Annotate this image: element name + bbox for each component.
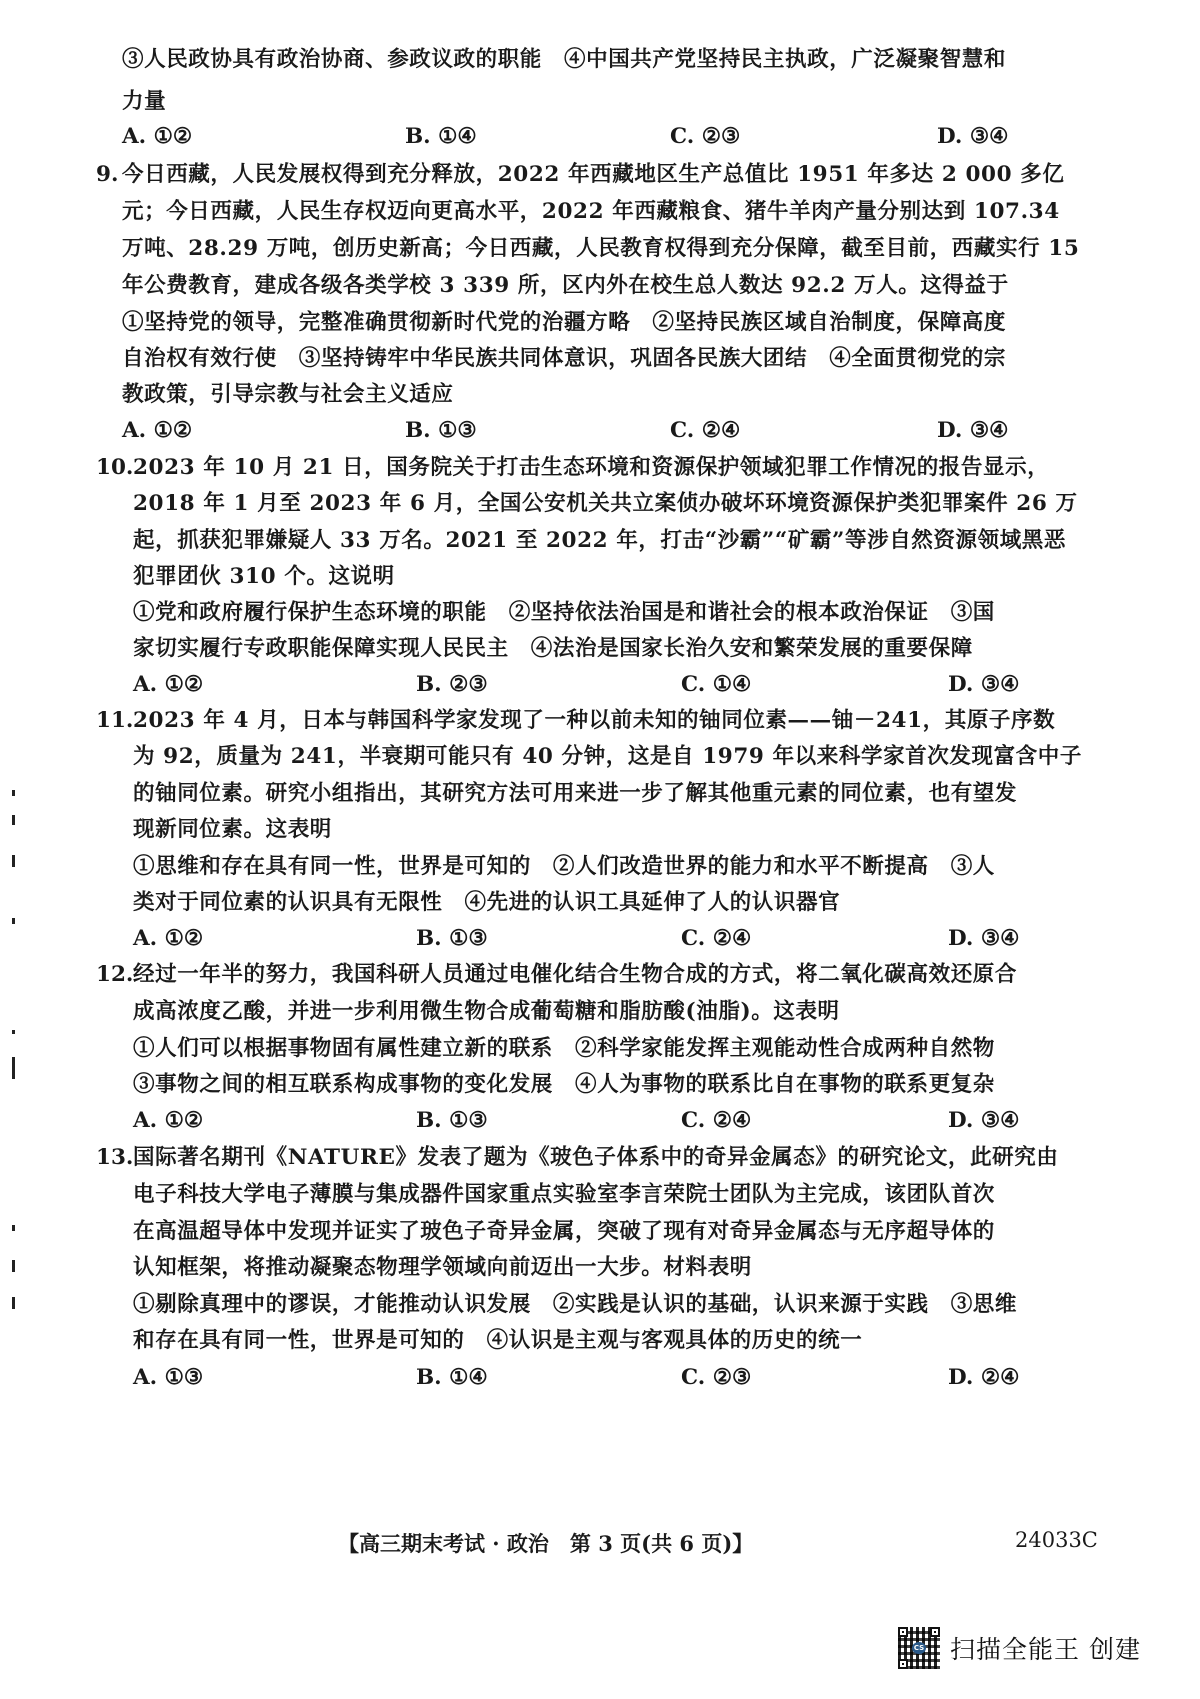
scan-artifact [12,918,15,924]
q9-text-line: 万吨、28.29 万吨，创历史新高；今日西藏，人民教育权得到充分保障，截至目前，… [122,234,1070,264]
q12-option-c: C. ②④ [681,1106,751,1136]
watermark-text: 扫描全能王 创建 [950,1630,1141,1666]
q11-text-line: 为 92，质量为 241，半衰期可能只有 40 分钟，这是自 1979 年以来科… [133,742,1081,772]
q9-option-c: C. ②④ [670,416,740,446]
q9-choice-line: 教政策，引导宗教与社会主义适应 [122,380,1070,410]
q10-option-c: C. ①④ [681,670,751,700]
scan-artifact [12,1297,15,1309]
q12-options: A. ①② B. ①③ C. ②④ D. ③④ [133,1106,1033,1136]
q13-option-a: A. ①③ [133,1363,203,1393]
q12-option-a: A. ①② [133,1106,203,1136]
q13-text-line: 认知框架，将推动凝聚态物理学领域向前迈出一大步。材料表明 [133,1253,1081,1283]
q10-option-b: B. ②③ [416,670,488,700]
q10-text-line: 2018 年 1 月至 2023 年 6 月，全国公安机关共立案侦办破坏环境资源… [133,489,1081,519]
q11-number: 11. [96,706,133,736]
q11-option-d: D. ③④ [948,924,1019,954]
q12-choice-line: ③事物之间的相互联系构成事物的变化发展 ④人为事物的联系比自在事物的联系更复杂 [133,1070,1081,1100]
scan-artifact [12,1057,15,1079]
q9-choice-line: 自治权有效行使 ③坚持铸牢中华民族共同体意识，巩固各民族大团结 ④全面贯彻党的宗 [122,344,1070,374]
q8-options: A. ①② B. ①④ C. ②③ D. ③④ [122,122,1022,152]
q12-number: 12. [96,960,133,990]
q9-option-d: D. ③④ [937,416,1008,446]
exam-page: ③人民政协具有政治协商、参政议政的职能 ④中国共产党坚持民主执政，广泛凝聚智慧和… [0,0,1200,1699]
scan-artifact [12,790,15,796]
q13-text-line: 电子科技大学电子薄膜与集成器件国家重点实验室李言荣院士团队为主完成，该团队首次 [133,1180,1081,1210]
q9-text-line: 今日西藏，人民发展权得到充分释放，2022 年西藏地区生产总值比 1951 年多… [122,160,1070,190]
q13-options: A. ①③ B. ①④ C. ②③ D. ②④ [133,1363,1033,1393]
q8-option-c: C. ②③ [670,122,740,152]
scan-artifact [12,855,15,867]
q10-option-a: A. ①② [133,670,203,700]
q11-option-b: B. ①③ [416,924,488,954]
q11-options: A. ①② B. ①③ C. ②④ D. ③④ [133,924,1033,954]
q10-number: 10. [96,453,133,483]
q10-choice-line: ①党和政府履行保护生态环境的职能 ②坚持依法治国是和谐社会的根本政治保证 ③国 [133,598,1081,628]
q12-option-d: D. ③④ [948,1106,1019,1136]
q13-text-line: 在高温超导体中发现并证实了玻色子奇异金属，突破了现有对奇异金属态与无序超导体的 [133,1217,1081,1247]
q11-choice-line: 类对于同位素的认识具有无限性 ④先进的认识工具延伸了人的认识器官 [133,888,1081,918]
q13-option-b: B. ①④ [416,1363,488,1393]
q8-option-b: B. ①④ [405,122,477,152]
q10-text-line: 起，抓获犯罪嫌疑人 33 万名。2021 至 2022 年，打击“沙霸”“矿霸”… [133,526,1081,556]
q10-text-line: 犯罪团伙 310 个。这说明 [133,562,1081,592]
q13-choice-line: ①剔除真理中的谬误，才能推动认识发展 ②实践是认识的基础，认识来源于实践 ③思维 [133,1290,1081,1320]
q13-option-c: C. ②③ [681,1363,751,1393]
q11-text-line: 2023 年 4 月，日本与韩国科学家发现了一种以前未知的铀同位素——铀－241… [133,706,1081,736]
q12-text-line: 成高浓度乙酸，并进一步利用微生物合成葡萄糖和脂肪酸(油脂)。这表明 [133,997,1081,1027]
scan-artifact [12,1260,15,1272]
q11-choice-line: ①思维和存在具有同一性，世界是可知的 ②人们改造世界的能力和水平不断提高 ③人 [133,852,1081,882]
q11-text-line: 的铀同位素。研究小组指出，其研究方法可用来进一步了解其他重元素的同位素，也有望发 [133,779,1081,809]
q10-text-line: 2023 年 10 月 21 日，国务院关于打击生态环境和资源保护领域犯罪工作情… [133,453,1081,483]
scanner-watermark: CS 扫描全能王 创建 [898,1627,1141,1669]
q9-choice-line: ①坚持党的领导，完整准确贯彻新时代党的治疆方略 ②坚持民族区域自治制度，保障高度 [122,308,1070,338]
q10-choice-line: 家切实履行专政职能保障实现人民民主 ④法治是国家长治久安和繁荣发展的重要保障 [133,634,1081,664]
scan-artifact [12,1225,15,1231]
qr-code-icon: CS [898,1627,940,1669]
q8-text-line: ③人民政协具有政治协商、参政议政的职能 ④中国共产党坚持民主执政，广泛凝聚智慧和 [122,45,1070,75]
q11-option-a: A. ①② [133,924,203,954]
q12-choice-line: ①人们可以根据事物固有属性建立新的联系 ②科学家能发挥主观能动性合成两种自然物 [133,1034,1081,1064]
q9-text-line: 年公费教育，建成各级各类学校 3 339 所，区内外在校生总人数达 92.2 万… [122,271,1070,301]
q8-option-d: D. ③④ [937,122,1008,152]
q8-option-a: A. ①② [122,122,192,152]
q13-text-line: 国际著名期刊《NATURE》发表了题为《玻色子体系中的奇异金属态》的研究论文，此… [133,1143,1081,1173]
footer-code: 24033C [1015,1528,1098,1552]
page-footer: 【高三期末考试 · 政治 第 3 页(共 6 页)】 24033C [0,1528,1200,1562]
q8-text-line: 力量 [122,87,1070,117]
scan-artifact [12,815,15,825]
q9-option-a: A. ①② [122,416,192,446]
q12-text-line: 经过一年半的努力，我国科研人员通过电催化结合生物合成的方式，将二氧化碳高效还原合 [133,960,1081,990]
cs-badge: CS [912,1642,926,1654]
q11-text-line: 现新同位素。这表明 [133,815,1081,845]
q9-number: 9. [96,160,118,190]
footer-title: 【高三期末考试 · 政治 第 3 页(共 6 页)】 [338,1528,753,1558]
q13-option-d: D. ②④ [948,1363,1019,1393]
q13-number: 13. [96,1143,133,1173]
q9-option-b: B. ①③ [405,416,477,446]
q11-option-c: C. ②④ [681,924,751,954]
q13-choice-line: 和存在具有同一性，世界是可知的 ④认识是主观与客观具体的历史的统一 [133,1326,1081,1356]
q9-text-line: 元；今日西藏，人民生存权迈向更高水平，2022 年西藏粮食、猪牛羊肉产量分别达到… [122,197,1070,227]
q10-option-d: D. ③④ [948,670,1019,700]
scan-artifact [12,1030,15,1034]
q9-options: A. ①② B. ①③ C. ②④ D. ③④ [122,416,1022,446]
q10-options: A. ①② B. ②③ C. ①④ D. ③④ [133,670,1033,700]
q12-option-b: B. ①③ [416,1106,488,1136]
